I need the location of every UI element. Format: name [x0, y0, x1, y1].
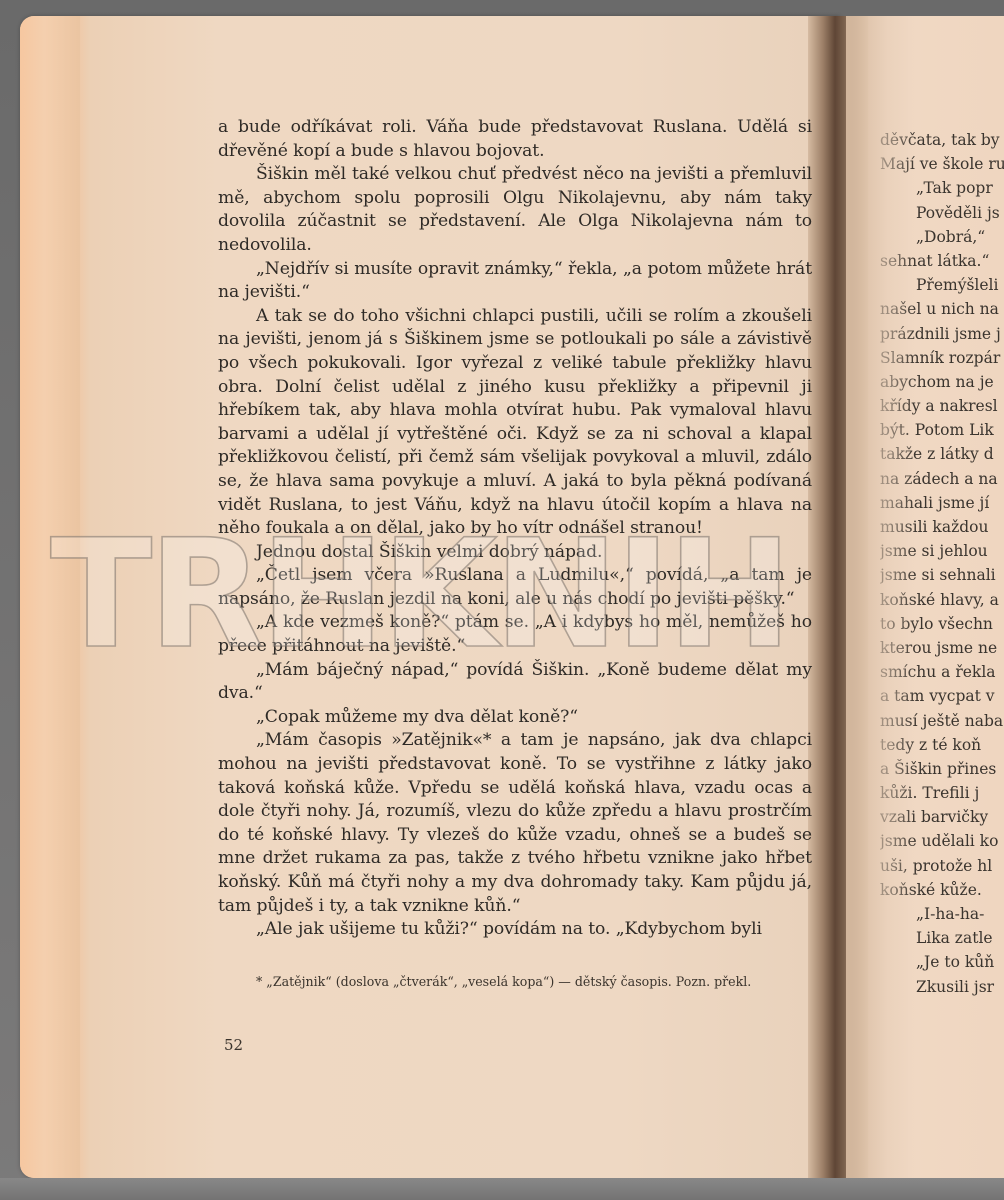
- paragraph: „Nejdřív si musíte opravit známky,“ řekl…: [218, 258, 812, 305]
- text-line: křídy a nakresl: [880, 394, 1004, 418]
- paragraph: Šiškin měl také velkou chuť předvést něc…: [218, 163, 812, 257]
- page-number: 52: [224, 1036, 243, 1054]
- book-gutter: [808, 16, 868, 1200]
- paragraph: „Mám časopis »Zatějnik«* a tam je napsán…: [218, 729, 812, 918]
- paragraph: „A kde vezmeš koně?“ ptám se. „A i kdyby…: [218, 611, 812, 658]
- footnote: * „Zatějnik“ (doslova „čtverák“, „veselá…: [256, 974, 816, 989]
- text-line: „Je to kůň: [880, 950, 1004, 974]
- text-line: kůži. Trefili j: [880, 781, 1004, 805]
- paragraph: „Mám báječný nápad,“ povídá Šiškin. „Kon…: [218, 659, 812, 706]
- text-line: a Šiškin přines: [880, 757, 1004, 781]
- text-line: sehnat látka.“: [880, 249, 1004, 273]
- text-line: „Tak popr: [880, 176, 1004, 200]
- text-line: děvčata, tak by: [880, 128, 1004, 152]
- text-line: Slamník rozpár: [880, 346, 1004, 370]
- text-line: smíchu a řekla: [880, 660, 1004, 684]
- text-line: prázdnili jsme j: [880, 322, 1004, 346]
- text-line: abychom na je: [880, 370, 1004, 394]
- scanner-bottom-edge: [0, 1178, 1004, 1200]
- paragraph: „Četl jsem včera »Ruslana a Ludmilu«,“ p…: [218, 564, 812, 611]
- text-line: tedy z té koň: [880, 733, 1004, 757]
- text-line: Lika zatle: [880, 926, 1004, 950]
- text-line: vzali barvičky: [880, 805, 1004, 829]
- text-line: být. Potom Lik: [880, 418, 1004, 442]
- text-line: koňské kůže.: [880, 878, 1004, 902]
- text-line: Přemýšleli: [880, 273, 1004, 297]
- left-page-fore-edge: [20, 16, 80, 1178]
- text-line: takže z látky d: [880, 442, 1004, 466]
- text-line: musí ještě naba: [880, 709, 1004, 733]
- paragraph: „Ale jak ušijeme tu kůži?“ povídám na to…: [218, 918, 812, 942]
- text-line: našel u nich na: [880, 297, 1004, 321]
- left-page-body-text: a bude odříkávat roli. Váňa bude předsta…: [218, 116, 812, 942]
- text-line: a tam vycpat v: [880, 684, 1004, 708]
- text-line: koňské hlavy, a: [880, 588, 1004, 612]
- paragraph: „Copak můžeme my dva dělat koně?“: [218, 706, 812, 730]
- text-line: kterou jsme ne: [880, 636, 1004, 660]
- text-line: jsme si jehlou: [880, 539, 1004, 563]
- right-page-fragment-text: děvčata, tak by Mají ve škole ru „Tak po…: [880, 128, 1004, 999]
- text-line: mahali jsme jí: [880, 491, 1004, 515]
- paragraph: a bude odříkávat roli. Váňa bude předsta…: [218, 116, 812, 163]
- text-line: musili každou: [880, 515, 1004, 539]
- text-line: to bylo všechn: [880, 612, 1004, 636]
- paragraph: Jednou dostal Šiškin velmi dobrý nápad.: [218, 541, 812, 565]
- text-line: „Dobrá,“: [880, 225, 1004, 249]
- text-line: jsme udělali ko: [880, 829, 1004, 853]
- text-line: uši, protože hl: [880, 854, 1004, 878]
- text-line: na zádech a na: [880, 467, 1004, 491]
- text-line: Pověděli js: [880, 201, 1004, 225]
- paragraph: A tak se do toho všichni chlapci pustili…: [218, 305, 812, 541]
- text-line: Zkusili jsr: [880, 975, 1004, 999]
- text-line: jsme si sehnali: [880, 563, 1004, 587]
- text-line: Mají ve škole ru: [880, 152, 1004, 176]
- text-line: „I-ha-ha-: [880, 902, 1004, 926]
